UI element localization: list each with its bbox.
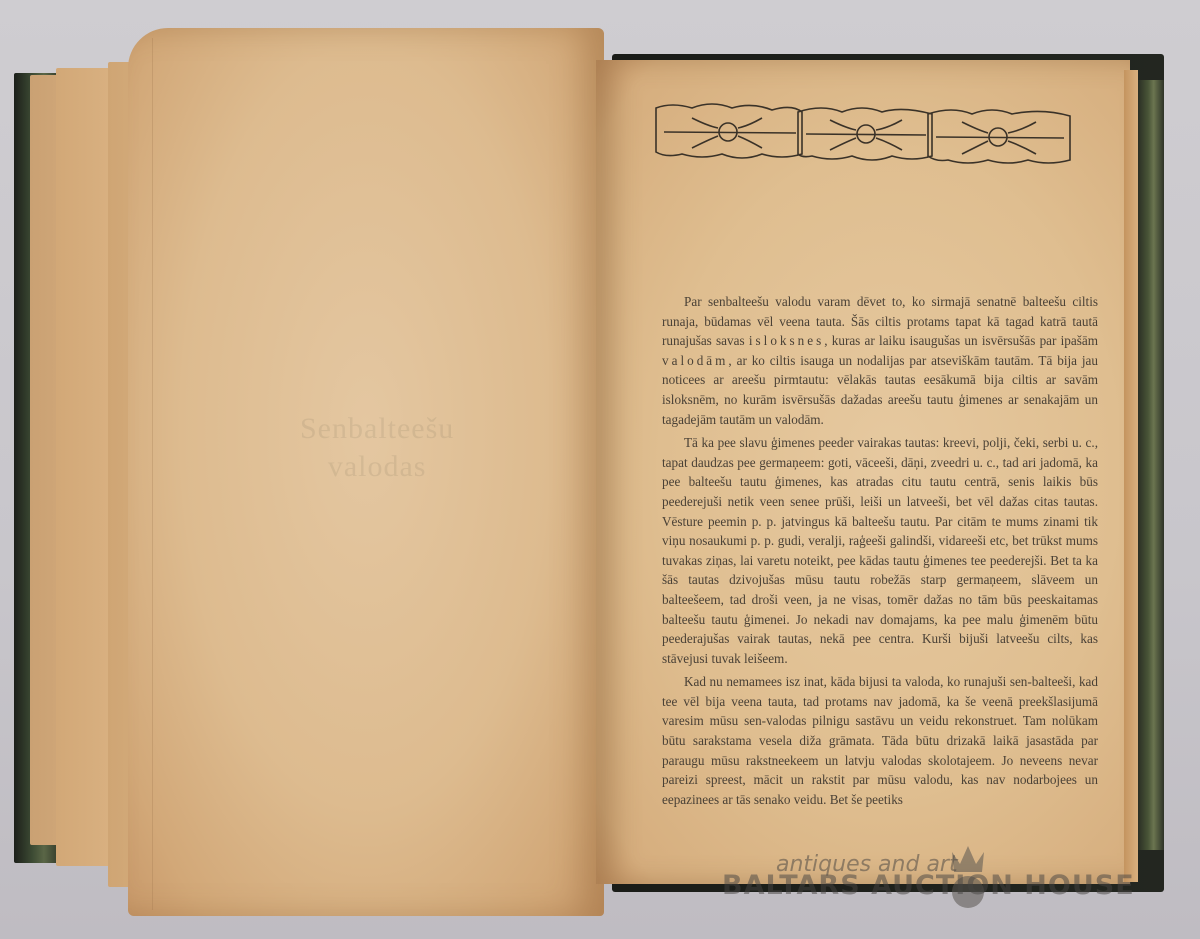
paragraph-2: Tā ka pee slavu ģimenes peeder vairakas … [662, 433, 1098, 668]
watermark-brand: BALTARS AUCTION HOUSE [722, 870, 1135, 901]
right-page-edge [1124, 70, 1138, 882]
emphasized-word: valodām [662, 353, 728, 368]
oak-leaf-border-icon [652, 98, 1074, 168]
book-cover-right-edge [1138, 80, 1164, 850]
emphasized-word: isloksnes [749, 333, 824, 348]
bleed-through-title: Senbalteešu valodas [300, 410, 454, 486]
body-text: Par senbalteešu valodu varam dēvet to, k… [662, 292, 1098, 809]
paragraph-1: Par senbalteešu valodu varam dēvet to, k… [662, 292, 1098, 429]
paragraph-3: Kad nu nemamees isz inat, kāda bijusi ta… [662, 672, 1098, 809]
